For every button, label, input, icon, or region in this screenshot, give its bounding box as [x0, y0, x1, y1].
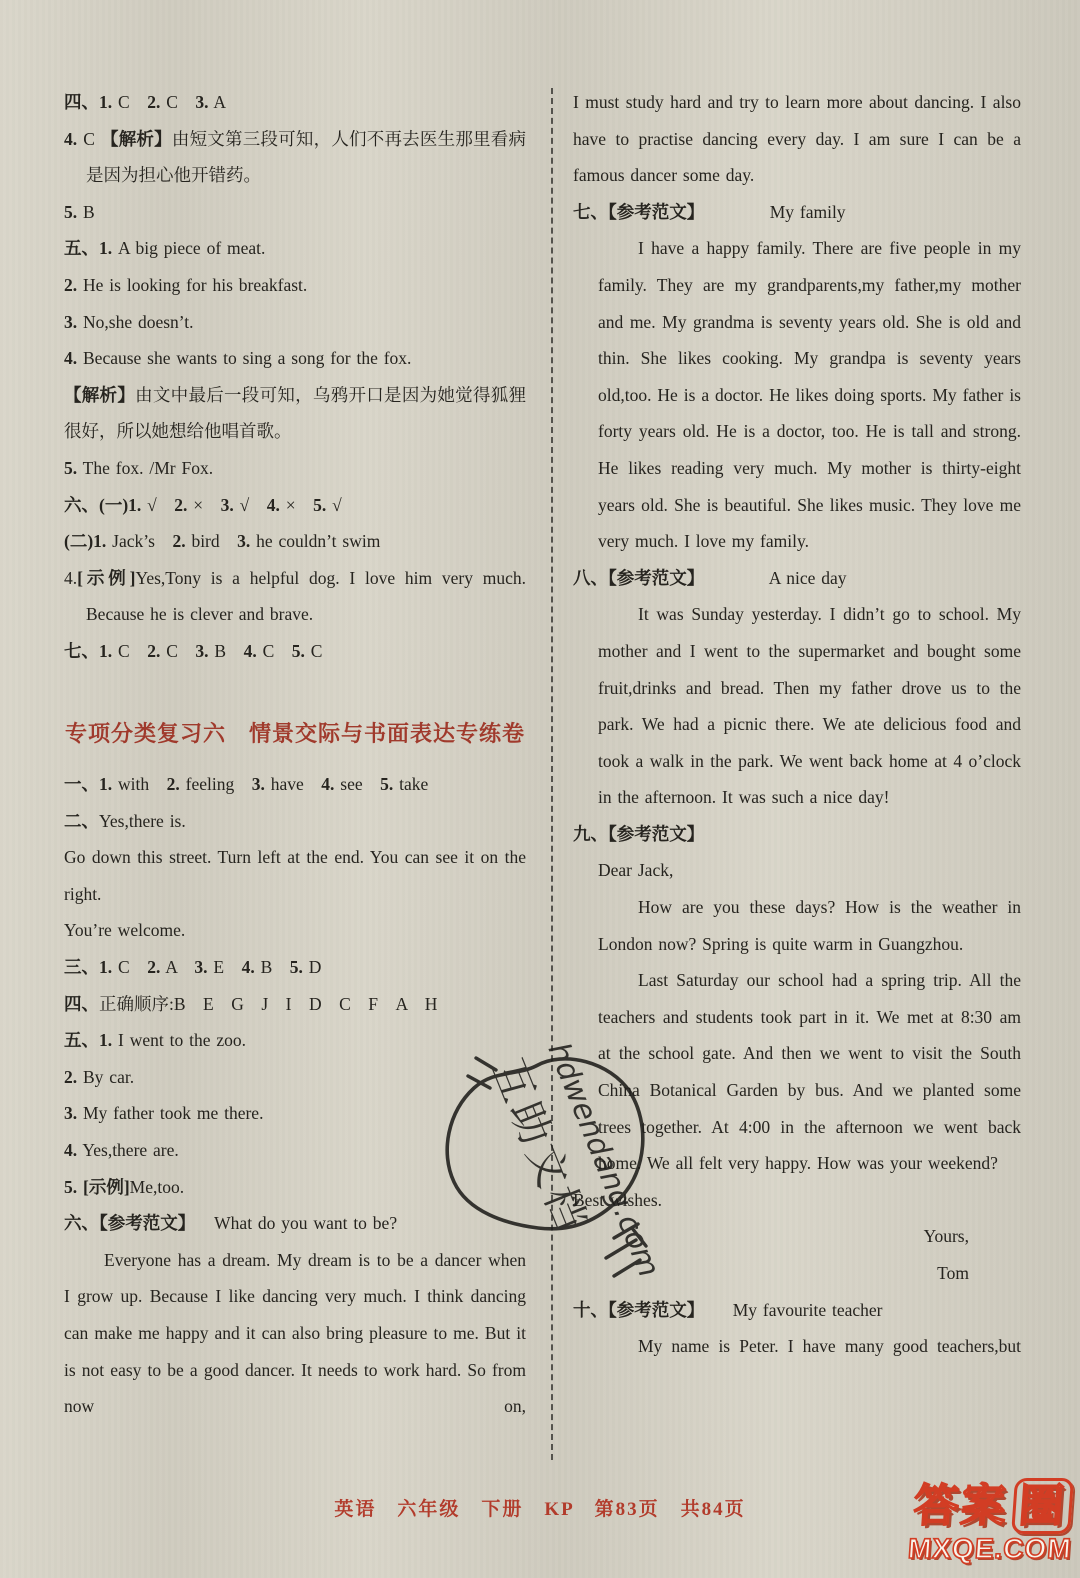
- essay-marker: 八、【参考范文】: [573, 560, 704, 597]
- answer-line: You’re welcome.: [64, 912, 526, 949]
- essay-title-row: 十、【参考范文】 My favourite teacher: [573, 1292, 1021, 1329]
- answer-line: 5. B: [64, 194, 526, 231]
- answer-line: 5. The fox. /Mr Fox.: [64, 450, 526, 487]
- answer-line: 四、1. C 2. C 3. A: [64, 84, 526, 121]
- answer-line: 二、Yes,there is.: [64, 803, 526, 840]
- logo-brand-circled: 圈: [1011, 1478, 1074, 1534]
- watermark-doodle: 互助文档 hdwendang.com: [418, 1032, 668, 1294]
- essay-paragraph: How are you these days? How is the weath…: [598, 889, 1021, 962]
- answer-line: 4.[示例]Yes,Tony is a helpful dog. I love …: [64, 560, 526, 633]
- answer-line: 4. Because she wants to sing a song for …: [64, 340, 526, 377]
- analysis-note: 4. C 【解析】由短文第三段可知，人们不再去医生那里看病是因为担心他开错药。: [64, 121, 526, 194]
- logo-brand-text: 答案: [913, 1480, 1011, 1531]
- essay-marker: 十、【参考范文】: [573, 1292, 704, 1329]
- analysis-note: 【解析】由文中最后一段可知，乌鸦开口是因为她觉得狐狸很好，所以她想给他唱首歌。: [64, 377, 526, 450]
- logo-site: MXQE.COM: [907, 1534, 1073, 1565]
- answer-line: 五、1. A big piece of meat.: [64, 230, 526, 267]
- essay-marker: 七、【参考范文】: [573, 194, 704, 231]
- answer-line: 一、1. with 2. feeling 3. have 4. see 5. t…: [64, 766, 526, 803]
- answer-line: 四、正确顺序:B E G J I D C F A H: [64, 986, 526, 1023]
- answer-line: 六、(一)1. √ 2. × 3. √ 4. × 5. √: [64, 487, 526, 524]
- essay-paragraph: My name is Peter. I have many good teach…: [598, 1328, 1021, 1365]
- answer-line: 3. No,she doesn’t.: [64, 304, 526, 341]
- logo-brand: 答案圈: [910, 1478, 1077, 1534]
- scanned-answer-page: { "header": {"section_title": "专项分类复习六 情…: [0, 0, 1080, 1578]
- essay-title-row: 八、【参考范文】 A nice day: [573, 560, 1021, 597]
- essay-title: My favourite teacher: [704, 1292, 1021, 1329]
- essay-title-row: 七、【参考范文】 My family: [573, 194, 1021, 231]
- essay-paragraph: I have a happy family. There are five pe…: [598, 230, 1021, 559]
- essay-marker: 六、【参考范文】: [64, 1205, 195, 1242]
- essay-title: My family: [704, 194, 1021, 231]
- section-header: 专项分类复习六 情景交际与书面表达专练卷: [64, 716, 526, 753]
- answer-line: 九、【参考范文】: [573, 816, 1021, 853]
- answer-line: Go down this street. Turn left at the en…: [64, 839, 526, 912]
- essay-paragraph: It was Sunday yesterday. I didn’t go to …: [598, 596, 1021, 816]
- answer-line: 三、1. C 2. A 3. E 4. B 5. D: [64, 949, 526, 986]
- answer-line: 七、1. C 2. C 3. B 4. C 5. C: [64, 633, 526, 670]
- mxqe-logo: 答案圈 MXQE.COM: [907, 1478, 1077, 1564]
- answer-line: (二)1. Jack’s 2. bird 3. he couldn’t swim: [64, 523, 526, 560]
- essay-title: A nice day: [704, 560, 1021, 597]
- essay-paragraph: I must study hard and try to learn more …: [573, 84, 1021, 194]
- letter-greeting: Dear Jack,: [598, 852, 1021, 889]
- answer-line: 2. He is looking for his breakfast.: [64, 267, 526, 304]
